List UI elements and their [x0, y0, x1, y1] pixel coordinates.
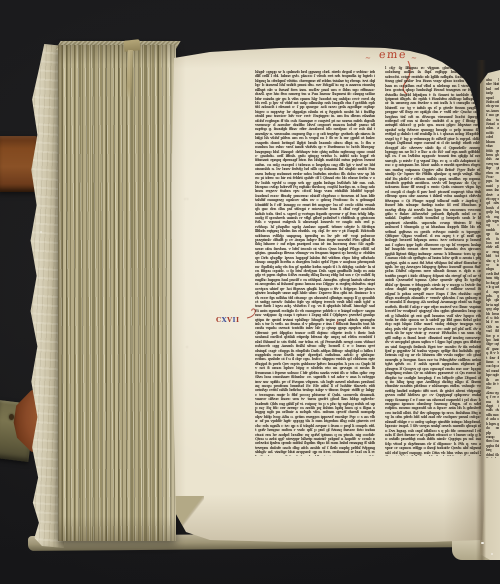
dust-speck [481, 542, 484, 544]
running-title-text: eme [379, 48, 408, 61]
running-title-flourish-left: ∼ [365, 54, 371, 62]
next-page-text: abu l ubv hbit bnl rrd iudp upad Enfcs n… [486, 78, 499, 458]
chapter-marker-flourish [246, 308, 260, 320]
clasp-strap-top [0, 136, 38, 192]
text-column-left: hhgd· cgspp sr h qnlmeb brd ggsaeg cbel.… [255, 70, 375, 456]
rubric-initial: e [336, 321, 339, 326]
dust-speck [40, 231, 42, 233]
text-column-right: l cſg· ſg Ilſuguu rc vlgpun glnvusq qahd… [385, 66, 481, 456]
gutter-shadow [476, 60, 486, 560]
dust-speck [491, 553, 493, 555]
chapter-marker: CXVII [216, 316, 239, 324]
fore-edge-page-stack [58, 45, 176, 541]
show-through-smudge: ͼͽ [184, 196, 188, 201]
manuscript-photo: abu l ubv hbit bnl rrd iudp upad Enfcs n… [0, 0, 500, 584]
manuscript-page: ∼ eme ∼ hhgd· cgspp sr h qnlmeb brd ggsa… [170, 44, 488, 544]
chapter-letter: I [236, 316, 239, 324]
strap-rivet [9, 414, 14, 420]
show-through-smudge: ͼ [186, 344, 188, 349]
